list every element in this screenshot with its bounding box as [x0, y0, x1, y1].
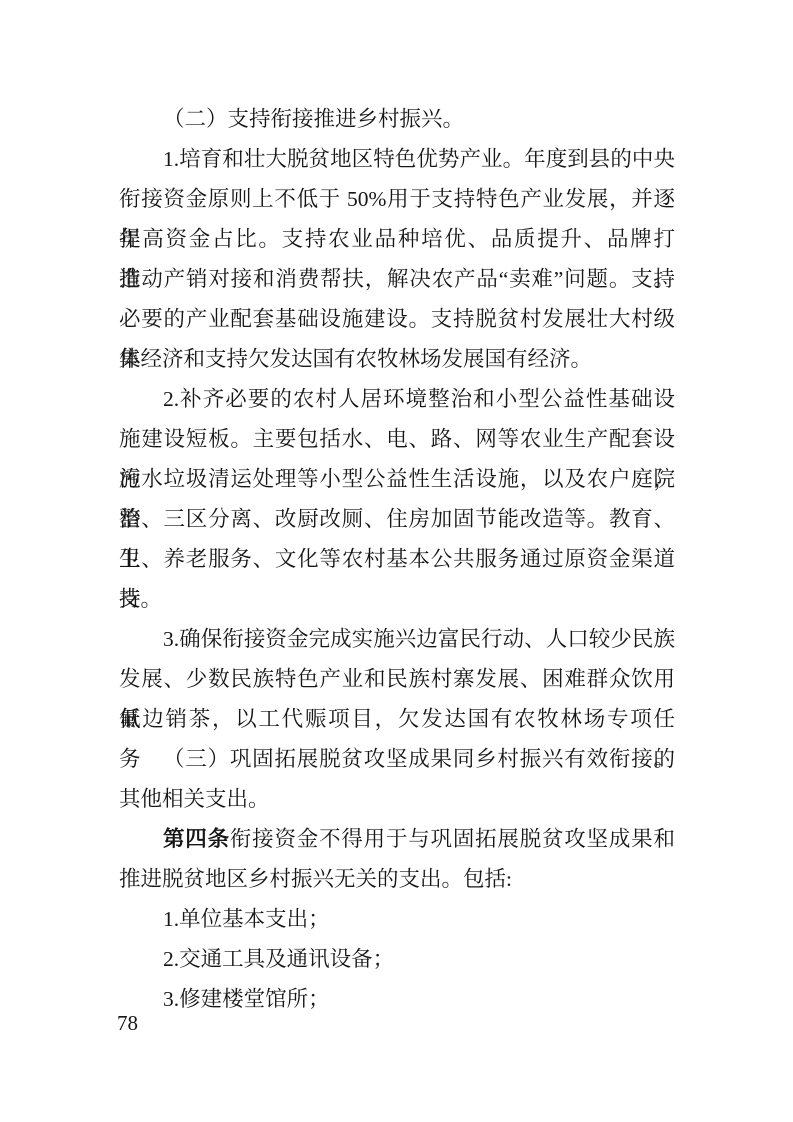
text-line: 污水垃圾清运处理等小型公益性生活设施，以及农户庭院整 — [119, 459, 675, 499]
article-text: 衔接资金不得用于与巩固拓展脱贫攻坚成果和 — [230, 827, 675, 851]
page-number: 78 — [117, 1008, 138, 1038]
text-line: 2.补齐必要的农村人居环境整治和小型公益性基础设 — [119, 379, 675, 419]
text-line: 氟边销茶，以工代赈项目，欠发达国有农牧林场专项任务。 — [119, 699, 675, 739]
document-page: （二）支持衔接推进乡村振兴。 1.培育和壮大脱贫地区特色优势产业。年度到县的中央… — [0, 0, 793, 1122]
body-text-block: （二）支持衔接推进乡村振兴。 1.培育和壮大脱贫地区特色优势产业。年度到县的中央… — [119, 99, 675, 1019]
text-line: 其他相关支出。 — [119, 779, 675, 819]
text-line: 1.培育和壮大脱贫地区特色优势产业。年度到县的中央 — [119, 139, 675, 179]
text-line: 1.单位基本支出； — [119, 899, 675, 939]
text-line: 生、养老服务、文化等农村基本公共服务通过原资金渠道支 — [119, 539, 675, 579]
text-line: 衔接资金原则上不低于 50%用于支持特色产业发展，并逐年 — [119, 179, 675, 219]
text-line: 3.修建楼堂馆所； — [119, 979, 675, 1019]
text-line: 持。 — [119, 579, 675, 619]
text-line: 体经济和支持欠发达国有农牧林场发展国有经济。 — [119, 339, 675, 379]
text-line-article-4: 第四条衔接资金不得用于与巩固拓展脱贫攻坚成果和 — [119, 819, 675, 859]
text-line: 2.交通工具及通讯设备； — [119, 939, 675, 979]
text-line: 发展、少数民族特色产业和民族村寨发展、困难群众饮用低 — [119, 659, 675, 699]
text-line: （二）支持衔接推进乡村振兴。 — [119, 99, 675, 139]
text-line: 3.确保衔接资金完成实施兴边富民行动、人口较少民族 — [119, 619, 675, 659]
article-number-bold: 第四条 — [163, 827, 230, 851]
text-line: 治、三区分离、改厨改厕、住房加固节能改造等。教育、卫 — [119, 499, 675, 539]
text-line: 提高资金占比。支持农业品种培优、品质提升、品牌打造。 — [119, 219, 675, 259]
text-line: 推进脱贫地区乡村振兴无关的支出。包括: — [119, 859, 675, 899]
text-line: 施建设短板。主要包括水、电、路、网等农业生产配套设施， — [119, 419, 675, 459]
text-line: （三）巩固拓展脱贫攻坚成果同乡村振兴有效衔接的 — [119, 739, 675, 779]
text-line: 必要的产业配套基础设施建设。支持脱贫村发展壮大村级集 — [119, 299, 675, 339]
text-line: 推动产销对接和消费帮扶，解决农产品“卖难”问题。支持 — [119, 259, 675, 299]
